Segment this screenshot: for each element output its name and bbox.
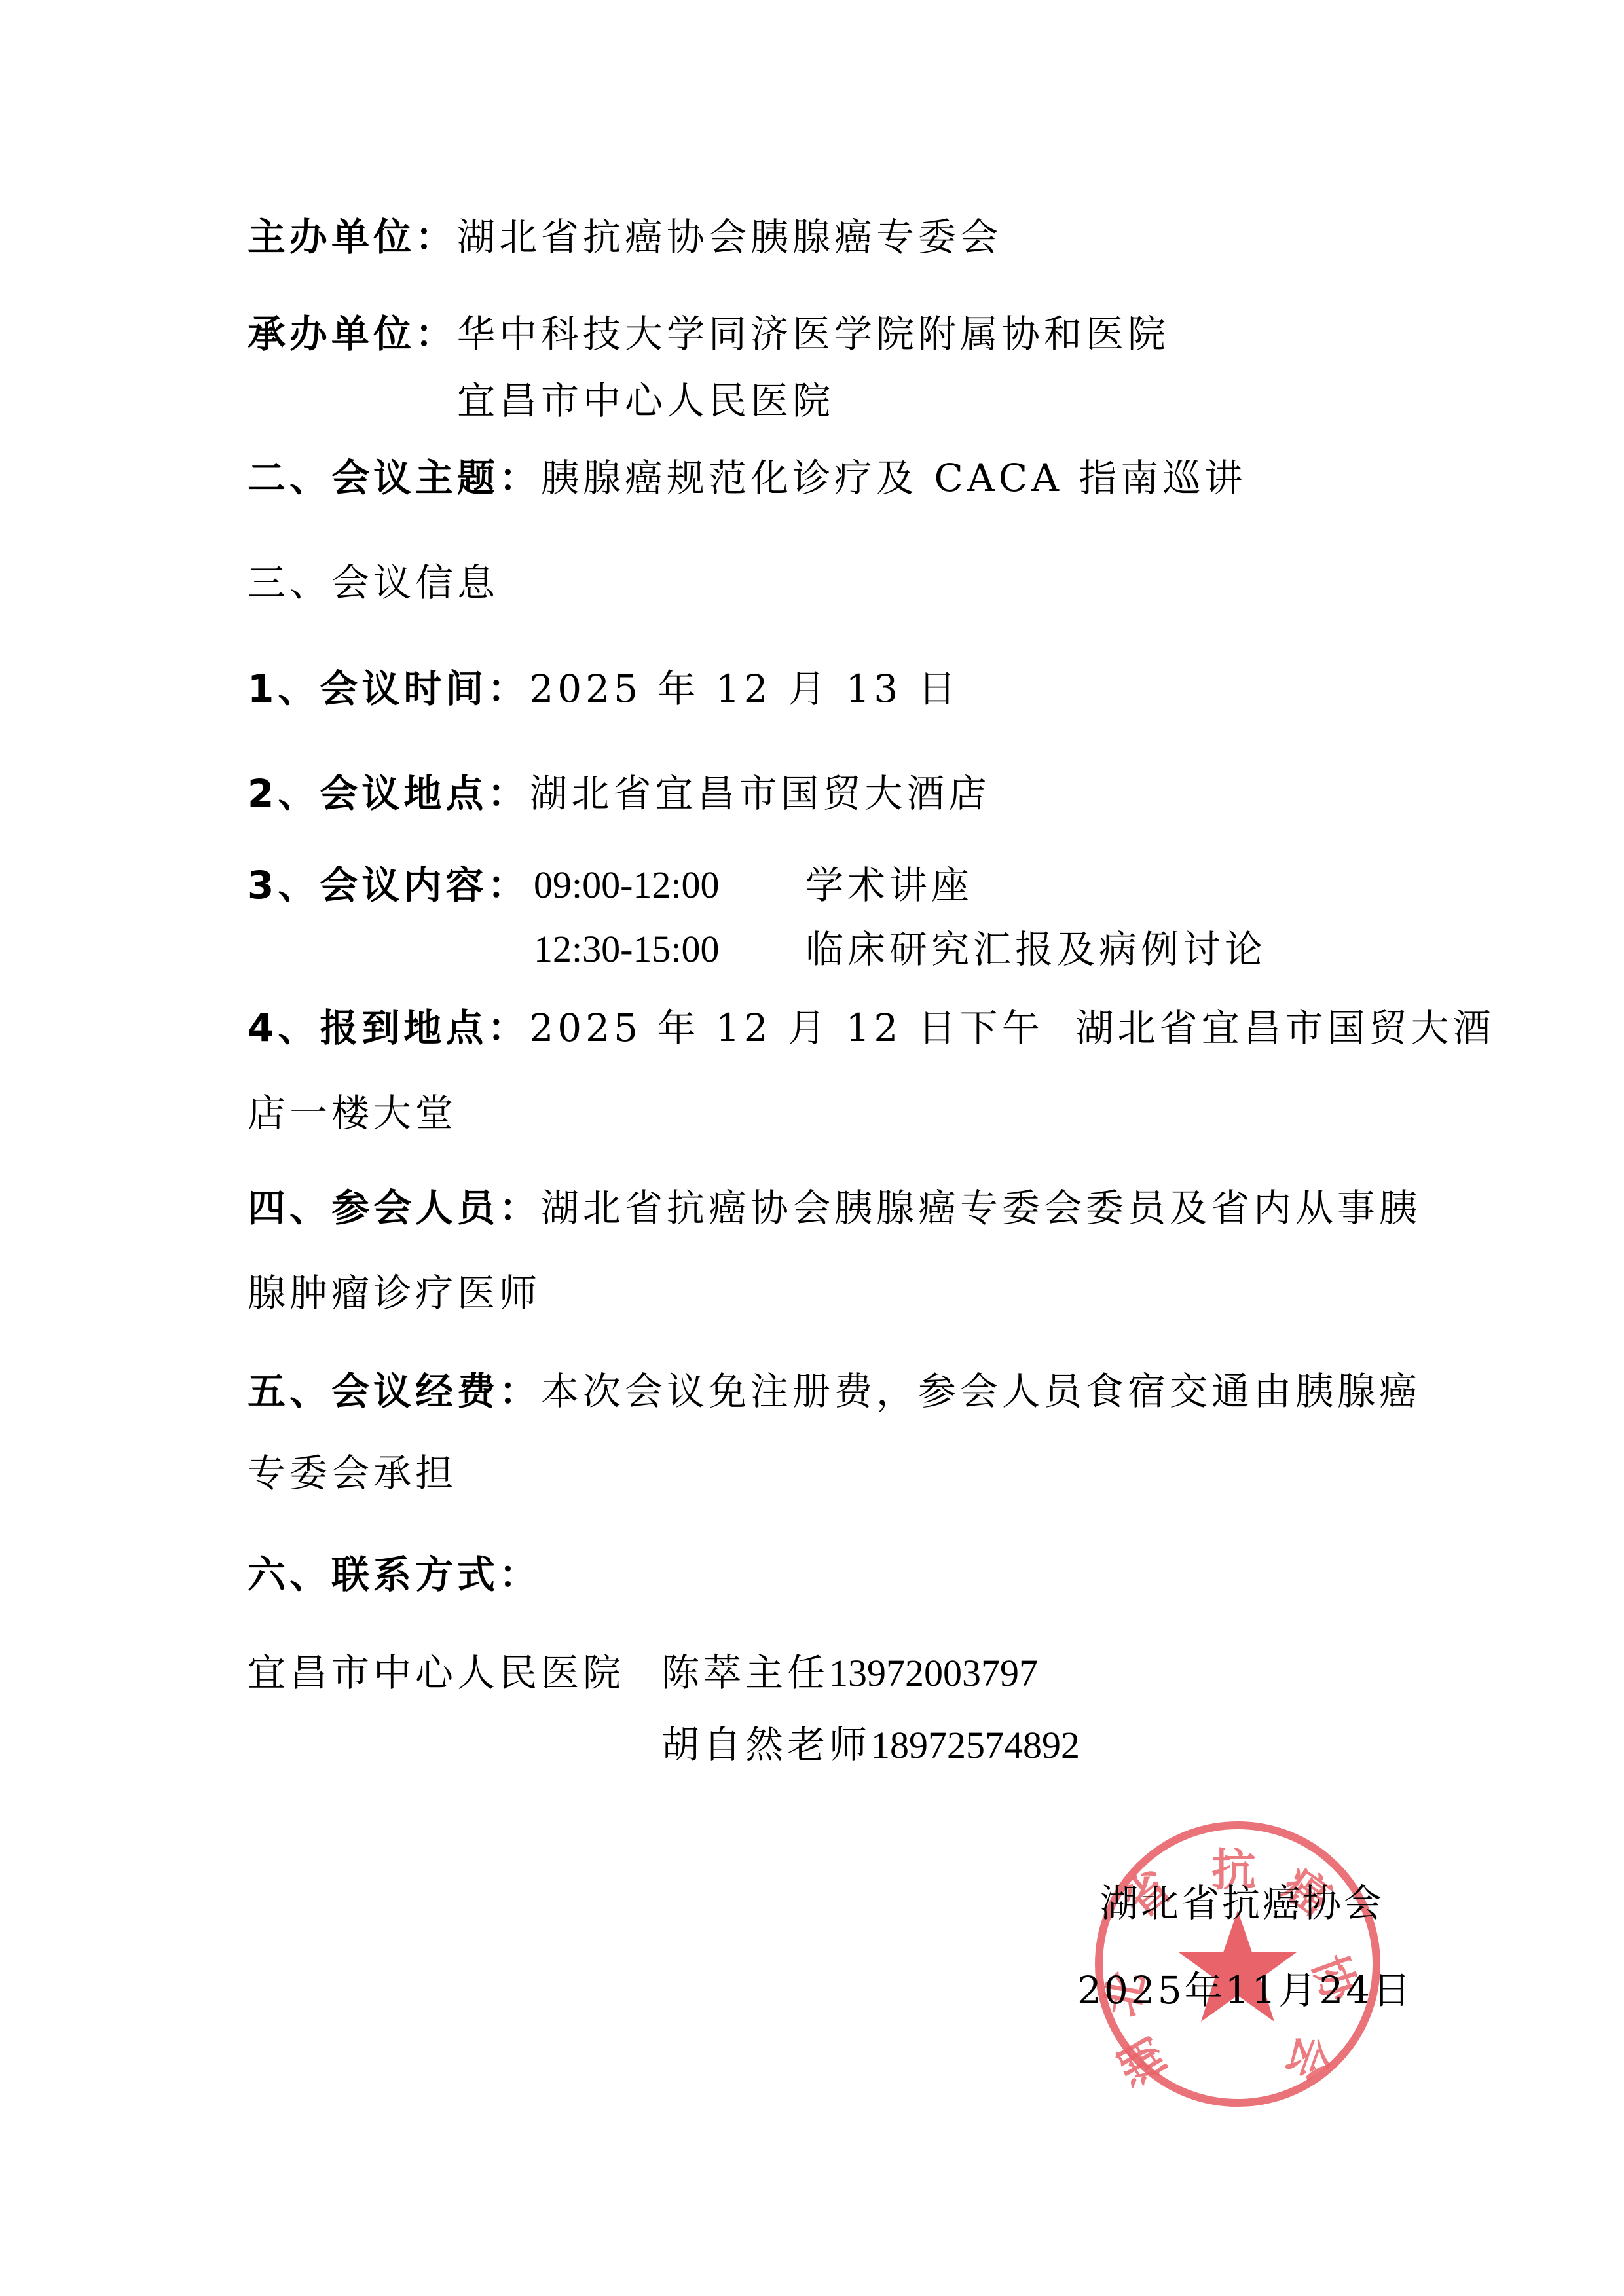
signature-date: 2025年11月24日 (1077, 1967, 1413, 2013)
fees-label: 五、会议经费： (248, 1369, 541, 1413)
organizer-label: 承办单位： (248, 312, 457, 356)
theme-row: 二、会议主题：胰腺癌规范化诊疗及 CACA 指南巡讲 (248, 455, 1246, 501)
attendees-value-2: 腺肿瘤诊疗医师 (248, 1270, 541, 1316)
attendees-row: 四、参会人员：湖北省抗癌协会胰腺癌专委会委员及省内从事胰 (248, 1185, 1421, 1231)
sponsor-row: 主办单位：湖北省抗癌协会胰腺癌专委会 (248, 214, 1002, 260)
time-label: 1、会议时间： (248, 666, 529, 711)
organizer-value-1: 华中科技大学同济医学院附属协和医院 (457, 312, 1170, 356)
contact-person-1-name: 陈萃主任 (661, 1650, 829, 1695)
checkin-label: 4、报到地点： (248, 1006, 529, 1050)
checkin-row: 4、报到地点：2025 年 12 月 12 日下午 湖北省宜昌市国贸大酒 (248, 1005, 1495, 1051)
venue-row: 2、会议地点：湖北省宜昌市国贸大酒店 (248, 771, 990, 816)
contact-person-2-name: 胡自然老师 (661, 1722, 871, 1767)
contact-person-1: 陈萃主任13972003797 (661, 1650, 1038, 1696)
time-value: 2025 年 12 月 13 日 (529, 666, 959, 711)
svg-text:会: 会 (1276, 2029, 1340, 2088)
fees-value-2: 专委会承担 (248, 1450, 457, 1496)
sponsor-label: 主办单位： (248, 215, 457, 259)
contact-org: 宜昌市中心人民医院 (248, 1650, 625, 1696)
venue-label: 2、会议地点： (248, 771, 529, 816)
content-label: 3、会议内容： (248, 863, 529, 907)
session-2-topic: 临床研究汇报及病例讨论 (805, 926, 1266, 972)
contact-person-1-phone: 13972003797 (829, 1652, 1038, 1694)
theme-value: 胰腺癌规范化诊疗及 CACA 指南巡讲 (541, 456, 1246, 500)
checkin-value-1: 2025 年 12 月 12 日下午 湖北省宜昌市国贸大酒 (529, 1006, 1494, 1050)
contact-person-2-phone: 18972574892 (871, 1724, 1080, 1766)
content-row: 3、会议内容： (248, 862, 529, 908)
fees-row: 五、会议经费：本次会议免注册费，参会人员食宿交通由胰腺癌 (248, 1368, 1421, 1414)
attendees-label: 四、参会人员： (248, 1186, 541, 1230)
session-1-time: 09:00-12:00 (534, 862, 720, 908)
info-heading: 三、会议信息 (248, 560, 499, 606)
session-2-time: 12:30-15:00 (534, 926, 720, 972)
theme-label: 二、会议主题： (248, 456, 541, 500)
signature-org: 湖北省抗癌协会 (1100, 1880, 1384, 1926)
official-seal-icon: 省 抗 癌 协 会 北 湖 (1087, 1813, 1388, 2115)
sponsor-value: 湖北省抗癌协会胰腺癌专委会 (457, 215, 1002, 259)
fees-value-1: 本次会议免注册费，参会人员食宿交通由胰腺癌 (541, 1369, 1421, 1413)
organizer-value-2: 宜昌市中心人民医院 (457, 378, 834, 424)
attendees-value-1: 湖北省抗癌协会胰腺癌专委会委员及省内从事胰 (541, 1186, 1421, 1230)
contact-person-2: 胡自然老师18972574892 (661, 1722, 1080, 1768)
contact-heading: 六、联系方式： (248, 1552, 541, 1597)
time-row: 1、会议时间：2025 年 12 月 13 日 (248, 666, 960, 712)
organizer-row: 承办单位：华中科技大学同济医学院附属协和医院 (248, 311, 1170, 357)
venue-value: 湖北省宜昌市国贸大酒店 (529, 771, 990, 816)
checkin-value-2: 店一楼大堂 (248, 1090, 457, 1136)
session-1-topic: 学术讲座 (805, 862, 973, 908)
